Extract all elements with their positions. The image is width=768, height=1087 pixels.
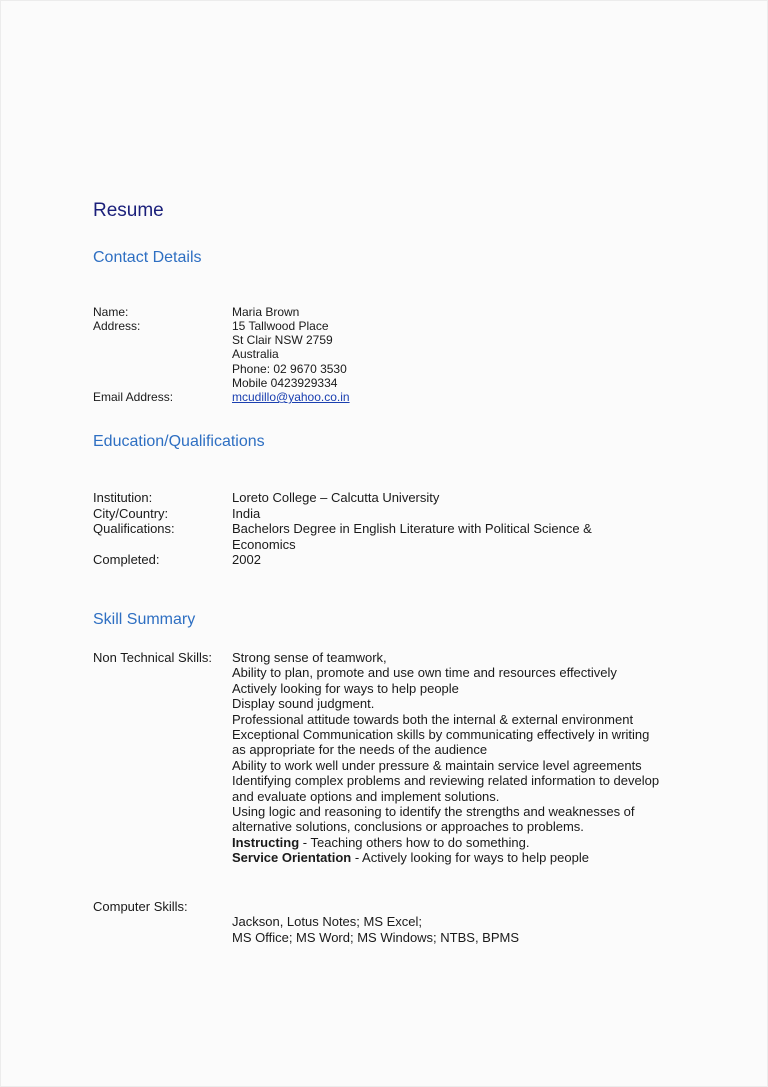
non-technical-skills-row: Non Technical Skills: Strong sense of te… <box>93 650 659 866</box>
skill-line-service: Service Orientation - Actively looking f… <box>232 850 659 865</box>
skill-line-instructing: Instructing - Teaching others how to do … <box>232 835 659 850</box>
skills-heading: Skill Summary <box>93 611 195 629</box>
city-row: City/Country: India <box>93 506 260 522</box>
non-technical-label: Non Technical Skills: <box>93 650 232 866</box>
skill-line: Exceptional Communication skills by comm… <box>232 727 659 742</box>
document-title: Resume <box>93 200 164 222</box>
address-line: St Clair NSW 2759 <box>232 333 347 347</box>
computer-skills-label: Computer Skills: <box>93 899 232 945</box>
computer-skills-row: Computer Skills: Jackson, Lotus Notes; M… <box>93 899 519 945</box>
completed-label: Completed: <box>93 552 232 568</box>
skill-line: Actively looking for ways to help people <box>232 681 659 696</box>
name-value: Maria Brown <box>232 305 299 319</box>
skill-line: Display sound judgment. <box>232 696 659 711</box>
skill-line: as appropriate for the needs of the audi… <box>232 742 659 757</box>
address-label: Address: <box>93 319 232 390</box>
skill-line: Strong sense of teamwork, <box>232 650 659 665</box>
address-line: 15 Tallwood Place <box>232 319 347 333</box>
email-link[interactable]: mcudillo@yahoo.co.in <box>232 390 350 404</box>
qualifications-label: Qualifications: <box>93 521 232 552</box>
skill-line: Using logic and reasoning to identify th… <box>232 804 659 819</box>
phone-line: Phone: 02 9670 3530 <box>232 362 347 376</box>
qualifications-row: Qualifications: Bachelors Degree in Engl… <box>93 521 592 552</box>
skill-line: Identifying complex problems and reviewi… <box>232 773 659 788</box>
city-value: India <box>232 506 260 522</box>
completed-value: 2002 <box>232 552 261 568</box>
computer-skill-line: MS Office; MS Word; MS Windows; NTBS, BP… <box>232 930 519 945</box>
email-label: Email Address: <box>93 390 232 404</box>
contact-email-row: Email Address: mcudillo@yahoo.co.in <box>93 390 350 404</box>
skill-line: Professional attitude towards both the i… <box>232 712 659 727</box>
service-text: - Actively looking for ways to help peop… <box>351 850 589 865</box>
service-bold: Service Orientation <box>232 850 351 865</box>
institution-label: Institution: <box>93 490 232 506</box>
instructing-bold: Instructing <box>232 835 299 850</box>
institution-row: Institution: Loreto College – Calcutta U… <box>93 490 439 506</box>
skill-line: and evaluate options and implement solut… <box>232 789 659 804</box>
education-heading: Education/Qualifications <box>93 433 265 451</box>
institution-value: Loreto College – Calcutta University <box>232 490 439 506</box>
skill-line: alternative solutions, conclusions or ap… <box>232 819 659 834</box>
qualifications-line: Economics <box>232 537 592 553</box>
completed-row: Completed: 2002 <box>93 552 261 568</box>
address-lines: 15 Tallwood Place St Clair NSW 2759 Aust… <box>232 319 347 390</box>
mobile-line: Mobile 0423929334 <box>232 376 347 390</box>
contact-name-row: Name: Maria Brown <box>93 305 299 319</box>
address-line: Australia <box>232 347 347 361</box>
city-label: City/Country: <box>93 506 232 522</box>
skill-line: Ability to plan, promote and use own tim… <box>232 665 659 680</box>
name-label: Name: <box>93 305 232 319</box>
non-technical-list: Strong sense of teamwork, Ability to pla… <box>232 650 659 866</box>
qualifications-line: Bachelors Degree in English Literature w… <box>232 521 592 537</box>
skill-line: Ability to work well under pressure & ma… <box>232 758 659 773</box>
instructing-text: - Teaching others how to do something. <box>299 835 529 850</box>
computer-skills-list: Jackson, Lotus Notes; MS Excel; MS Offic… <box>232 899 519 945</box>
contact-heading: Contact Details <box>93 249 202 267</box>
computer-skill-line: Jackson, Lotus Notes; MS Excel; <box>232 914 519 929</box>
resume-page: Resume Contact Details Name: Maria Brown… <box>1 1 767 1086</box>
contact-address-row: Address: 15 Tallwood Place St Clair NSW … <box>93 319 347 390</box>
